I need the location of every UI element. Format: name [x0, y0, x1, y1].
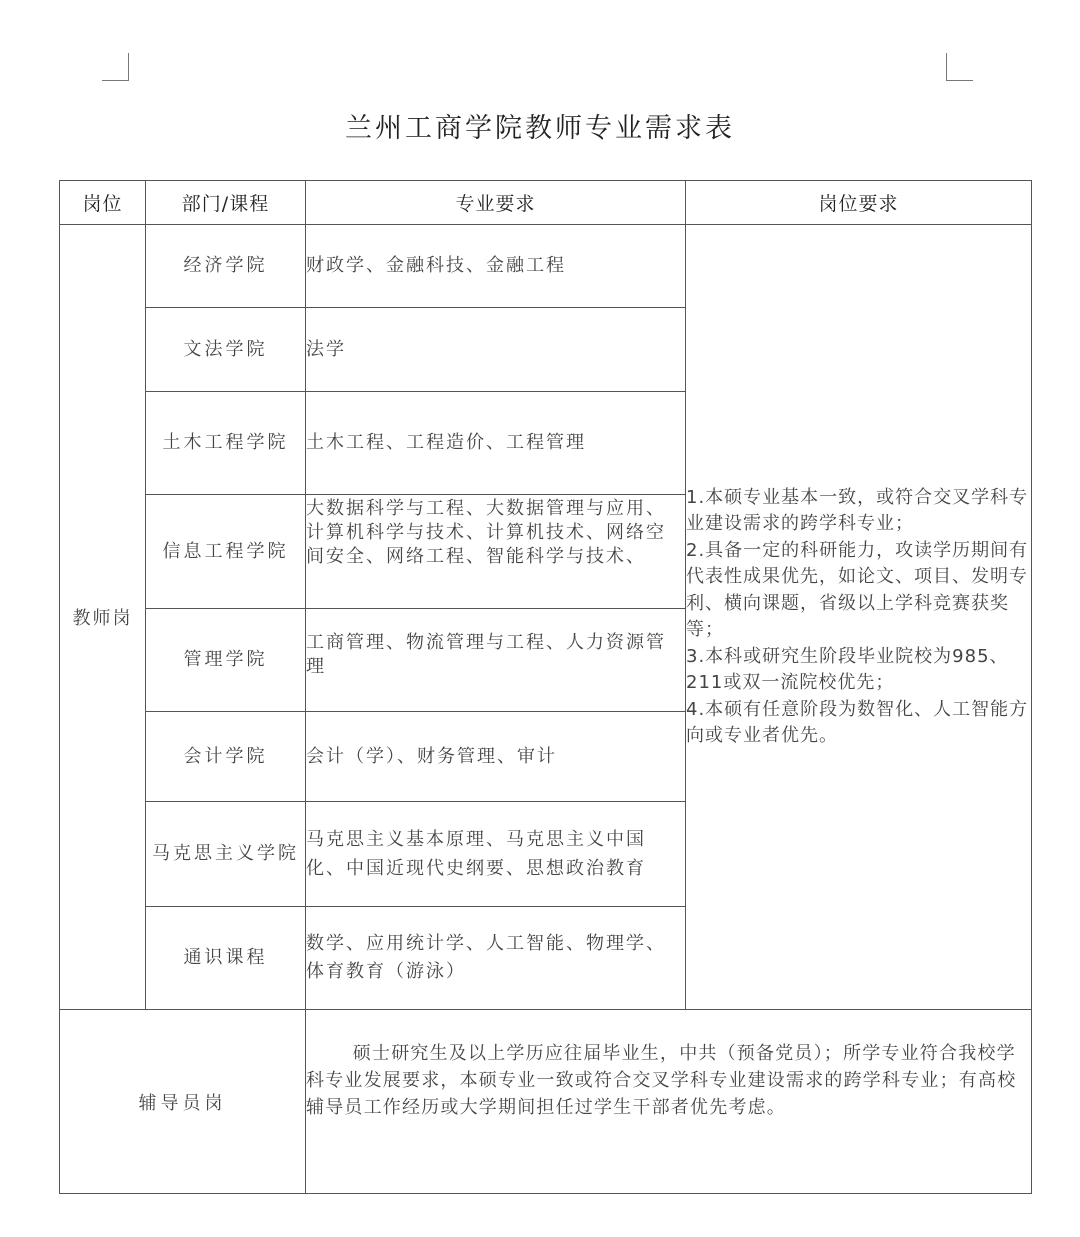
header-post: 岗位 — [60, 181, 146, 225]
department-cell: 马克思主义学院 — [146, 802, 306, 907]
counselor-requirements-text: 硕士研究生及以上学历应往届毕业生，中共（预备党员）；所学专业符合我校学科专业发展… — [306, 1040, 1031, 1121]
department-cell: 通识课程 — [146, 907, 306, 1010]
table-header-row: 岗位 部门/课程 专业要求 岗位要求 — [60, 181, 1032, 225]
requirements-table: 岗位 部门/课程 专业要求 岗位要求 教师岗 经济学院 财政学、金融科技、金融工… — [59, 180, 1032, 1194]
post-requirement-item: 2.具备一定的科研能力，攻读学历期间有代表性成果优先，如论文、项目、发明专利、横… — [686, 538, 1031, 644]
majors-cell: 数学、应用统计学、人工智能、物理学、体育教育（游泳） — [306, 907, 686, 1010]
post-requirement-item: 4.本硕有任意阶段为数智化、人工智能方向或专业者优先。 — [686, 697, 1031, 750]
post-requirement-item: 3.本科或研究生阶段毕业院校为985、211或双一流院校优先； — [686, 644, 1031, 697]
department-cell: 会计学院 — [146, 712, 306, 802]
crop-mark-top-right — [946, 53, 973, 81]
header-department: 部门/课程 — [146, 181, 306, 225]
department-cell: 信息工程学院 — [146, 495, 306, 609]
department-cell: 经济学院 — [146, 225, 306, 308]
document-title: 兰州工商学院教师专业需求表 — [0, 106, 1080, 145]
majors-cell: 会计（学）、财务管理、审计 — [306, 712, 686, 802]
majors-cell: 马克思主义基本原理、马克思主义中国化、中国近现代史纲要、思想政治教育 — [306, 802, 686, 907]
header-major-requirements: 专业要求 — [306, 181, 686, 225]
table-row-counselor: 辅导员岗 硕士研究生及以上学历应往届毕业生，中共（预备党员）；所学专业符合我校学… — [60, 1010, 1032, 1194]
table-row: 教师岗 经济学院 财政学、金融科技、金融工程 1.本硕专业基本一致，或符合交叉学… — [60, 225, 1032, 308]
counselor-post-label: 辅导员岗 — [60, 1010, 306, 1194]
majors-cell: 法学 — [306, 308, 686, 392]
majors-cell: 工商管理、物流管理与工程、人力资源管理 — [306, 609, 686, 712]
teacher-post-requirements: 1.本硕专业基本一致，或符合交叉学科专业建设需求的跨学科专业； 2.具备一定的科… — [686, 225, 1032, 1010]
majors-cell: 土木工程、工程造价、工程管理 — [306, 392, 686, 495]
crop-mark-top-left — [102, 53, 129, 81]
counselor-post-requirements: 硕士研究生及以上学历应往届毕业生，中共（预备党员）；所学专业符合我校学科专业发展… — [306, 1010, 1032, 1194]
teacher-post-label: 教师岗 — [60, 225, 146, 1010]
department-cell: 管理学院 — [146, 609, 306, 712]
header-post-requirements: 岗位要求 — [686, 181, 1032, 225]
post-requirement-item: 1.本硕专业基本一致，或符合交叉学科专业建设需求的跨学科专业； — [686, 485, 1031, 538]
majors-cell: 大数据科学与工程、大数据管理与应用、计算机科学与技术、计算机技术、网络空间安全、… — [306, 495, 686, 609]
majors-cell: 财政学、金融科技、金融工程 — [306, 225, 686, 308]
department-cell: 文法学院 — [146, 308, 306, 392]
department-cell: 土木工程学院 — [146, 392, 306, 495]
